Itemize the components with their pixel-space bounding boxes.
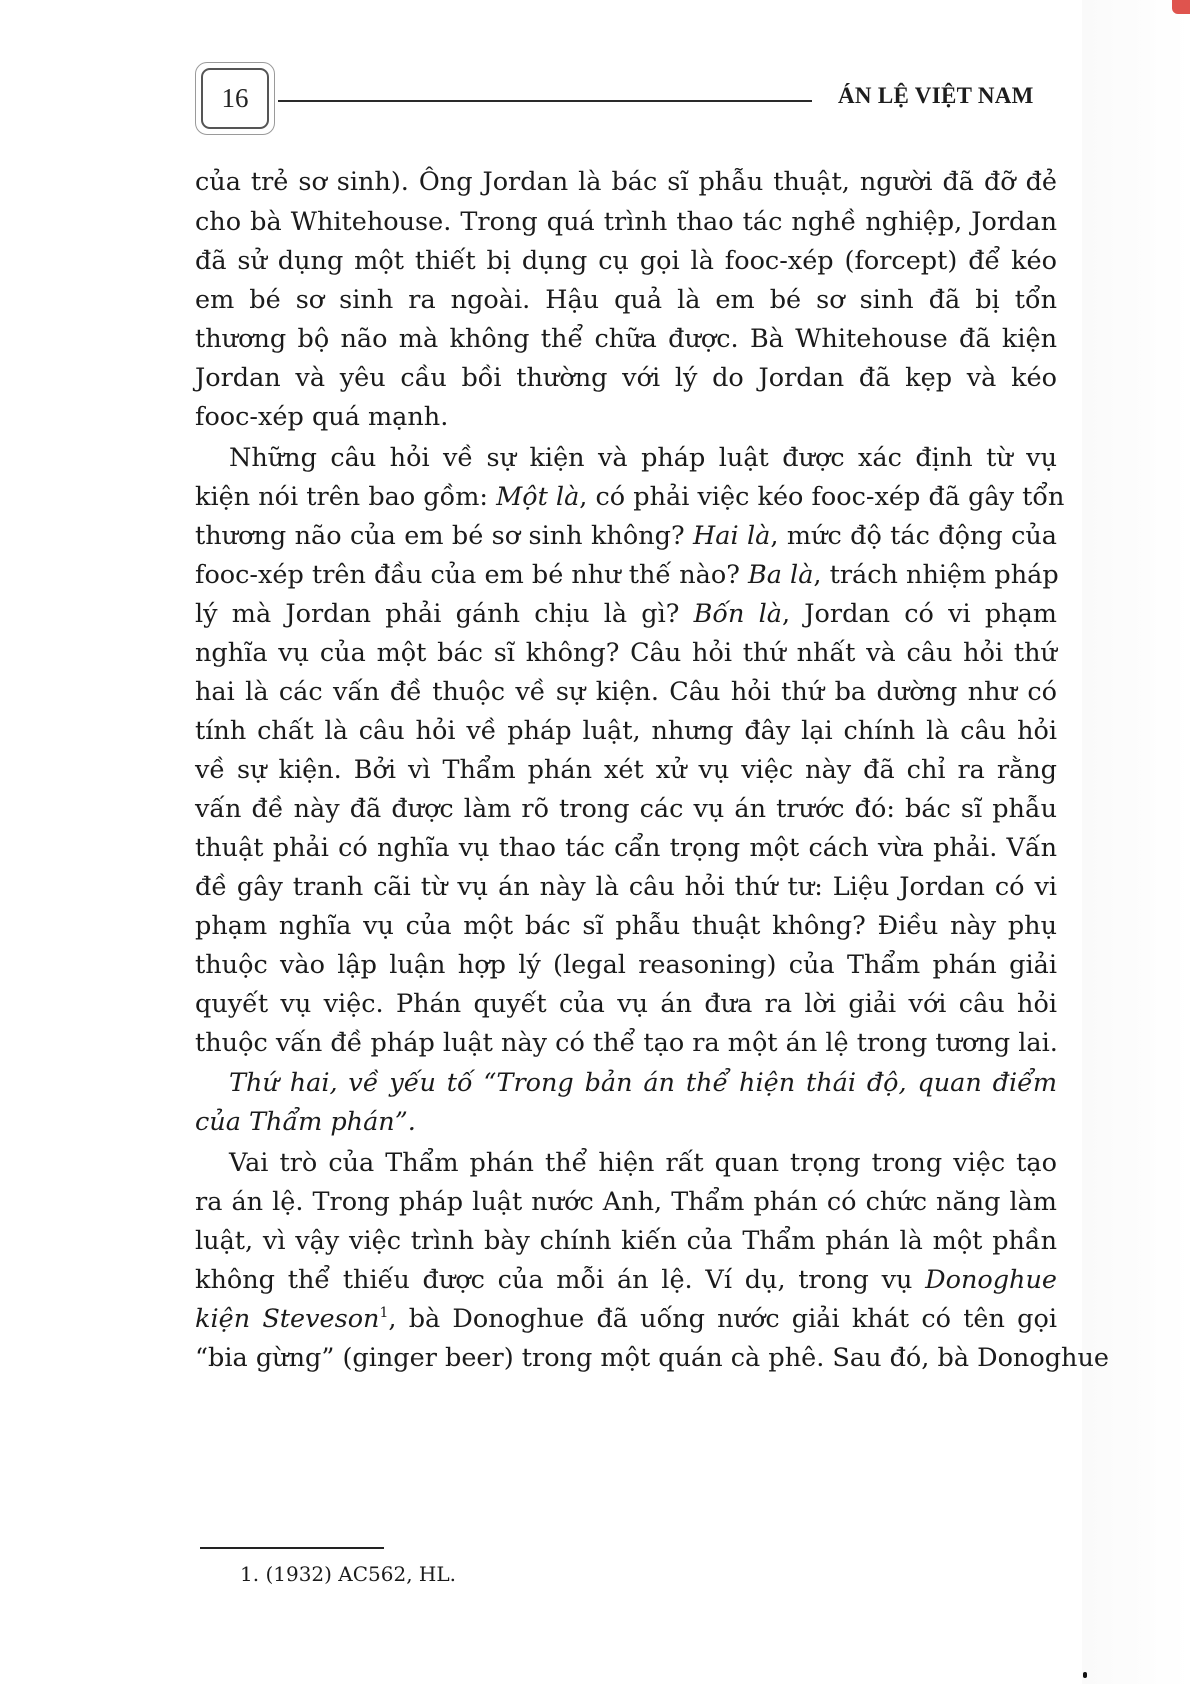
text-line: về sự kiện. Bởi vì Thẩm phán xét xử vụ v… <box>195 751 1057 789</box>
text-line: đề gây tranh cãi từ vụ án này là câu hỏi… <box>195 868 1057 906</box>
text-line: “bia gừng” (ginger beer) trong một quán … <box>195 1339 1057 1377</box>
text-line: lý mà Jordan phải gánh chịu là gì? Bốn l… <box>195 595 1057 633</box>
paragraph-first-line: Những câu hỏi về sự kiện và pháp luật đư… <box>229 439 1057 477</box>
text-line: kiện nói trên bao gồm: Một là, có phải v… <box>195 478 1057 516</box>
text-line: luật, vì vậy việc trình bày chính kiến c… <box>195 1222 1057 1260</box>
footnote-rule <box>200 1547 384 1549</box>
text-line: không thể thiếu được của mỗi án lệ. Ví d… <box>195 1261 1057 1299</box>
text-line: phạm nghĩa vụ của một bác sĩ phẫu thuật … <box>195 907 1057 945</box>
case-name: Donoghue <box>925 1265 1057 1295</box>
text-line: hai là các vấn đề thuộc về sự kiện. Câu … <box>195 673 1057 711</box>
text-line: nghĩa vụ của một bác sĩ không? Câu hỏi t… <box>195 634 1057 672</box>
footnote-item: 1. (1932) AC562, HL. <box>240 1561 456 1587</box>
case-name: kiện Steveson <box>195 1304 379 1334</box>
text-line: thuộc vấn đề pháp luật này có thể tạo ra… <box>195 1024 1057 1062</box>
text-line: em bé sơ sinh ra ngoài. Hậu quả là em bé… <box>195 281 1057 319</box>
text-line: fooc-xép trên đầu của em bé như thế nào?… <box>195 556 1057 594</box>
text-line: fooc-xép quá mạnh. <box>195 398 1057 436</box>
text-line: của trẻ sơ sinh). Ông Jordan là bác sĩ p… <box>195 163 1057 201</box>
page-edge-shadow <box>1082 0 1190 1684</box>
section-subheading: Thứ hai, về yếu tố “Trong bản án thể hiệ… <box>229 1064 1057 1102</box>
text-line: cho bà Whitehouse. Trong quá trình thao … <box>195 203 1057 241</box>
text-line: ra án lệ. Trong pháp luật nước Anh, Thẩm… <box>195 1183 1057 1221</box>
corner-bookmark-mark <box>1172 0 1190 14</box>
text-line: vấn đề này đã được làm rõ trong các vụ á… <box>195 790 1057 828</box>
header-rule <box>278 100 812 102</box>
text-line: thuộc vào lập luận hợp lý (legal reasoni… <box>195 946 1057 984</box>
text-line: kiện Steveson1, bà Donoghue đã uống nước… <box>195 1300 1057 1338</box>
text-line: đã sử dụng một thiết bị dụng cụ gọi là f… <box>195 242 1057 280</box>
text-line: tính chất là câu hỏi về pháp luật, nhưng… <box>195 712 1057 750</box>
emphasis: Ba là <box>748 560 813 590</box>
emphasis: Một là <box>496 482 579 512</box>
text-line: thương não của em bé sơ sinh không? Hai … <box>195 517 1057 555</box>
running-title: ÁN LỆ VIỆT NAM <box>838 83 1060 109</box>
page-number-box: 16 <box>195 62 275 135</box>
text-line: quyết vụ việc. Phán quyết của vụ án đưa … <box>195 985 1057 1023</box>
emphasis: Hai là <box>693 521 770 551</box>
section-subheading: của Thẩm phán”. <box>195 1103 1057 1141</box>
text-line: thuật phải có nghĩa vụ thao tác cẩn trọn… <box>195 829 1057 867</box>
text-line: Jordan và yêu cầu bồi thường với lý do J… <box>195 359 1057 397</box>
paragraph-first-line: Vai trò của Thẩm phán thể hiện rất quan … <box>229 1144 1057 1182</box>
page-number: 16 <box>201 68 269 129</box>
scan-speck <box>1083 1672 1087 1678</box>
text-line: thương bộ não mà không thể chữa được. Bà… <box>195 320 1057 358</box>
emphasis: Bốn là <box>694 599 782 629</box>
